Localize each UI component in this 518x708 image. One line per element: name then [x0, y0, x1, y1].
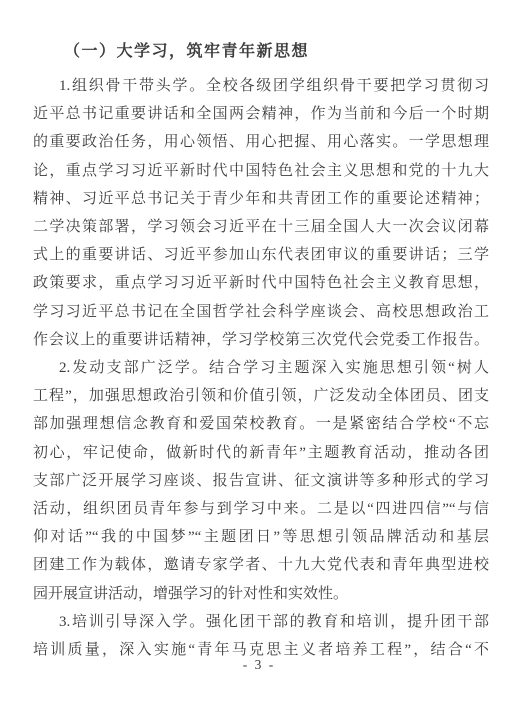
body-line: 的重要政治任务，用心领悟、用心把握、用心落实。一学思想理 — [33, 128, 489, 156]
body-line: 二学决策部署，学习领会习近平在十三届全国人大一次会议闭幕 — [33, 213, 489, 241]
body-line: 活动，组织团员青年参与到学习中来。二是以“四进四信”“与信 — [33, 495, 489, 523]
body-line: 部加强理想信念教育和爱国荣校教育。一是紧密结合学校“不忘 — [33, 410, 489, 438]
body-line: 1.组织骨干带头学。全校各级团学组织骨干要把学习贯彻习 — [33, 72, 489, 100]
body-line: 工程”，加强思想政治引领和价值引领，广泛发动全体团员、团支 — [33, 382, 489, 410]
page-number: - 3 - — [0, 657, 518, 673]
body-line: 政策要求，重点学习习近平新时代中国特色社会主义教育思想， — [33, 269, 489, 297]
body-line: 支部广泛开展学习座谈、报告宣讲、征文演讲等多种形式的学习 — [33, 467, 489, 495]
body-line: 3.培训引导深入学。强化团干部的教育和培训，提升团干部 — [33, 608, 489, 636]
body-line: 学习习近平总书记在全国哲学社会科学座谈会、高校思想政治工 — [33, 298, 489, 326]
body-line: 园开展宣讲活动，增强学习的针对性和实效性。 — [33, 580, 489, 608]
body-line: 仰对话”“我的中国梦”“主题团日”等思想引领品牌活动和基层 — [33, 523, 489, 551]
body-line: 近平总书记重要讲话和全国两会精神，作为当前和今后一个时期 — [33, 100, 489, 128]
text-block: （一）大学习，筑牢青年新思想 1.组织骨干带头学。全校各级团学组织骨干要把学习贯… — [33, 38, 489, 664]
document-page: （一）大学习，筑牢青年新思想 1.组织骨干带头学。全校各级团学组织骨干要把学习贯… — [0, 0, 518, 708]
body-line: 式上的重要讲话、习近平参加山东代表团审议的重要讲话；三学 — [33, 241, 489, 269]
body-line: 作会议上的重要讲话精神，学习学校第三次党代会党委工作报告。 — [33, 326, 489, 354]
body-line: 论，重点学习习近平新时代中国特色社会主义思想和党的十九大 — [33, 157, 489, 185]
body-line: 2.发动支部广泛学。结合学习主题深入实施思想引领“树人 — [33, 354, 489, 382]
body-line: 精神、习近平总书记关于青少年和共青团工作的重要论述精神； — [33, 185, 489, 213]
body-line: 初心，牢记使命，做新时代的新青年”主题教育活动，推动各团 — [33, 439, 489, 467]
body-line: 团建工作为载体，邀请专家学者、十九大党代表和青年典型进校 — [33, 551, 489, 579]
section-heading: （一）大学习，筑牢青年新思想 — [33, 38, 489, 66]
